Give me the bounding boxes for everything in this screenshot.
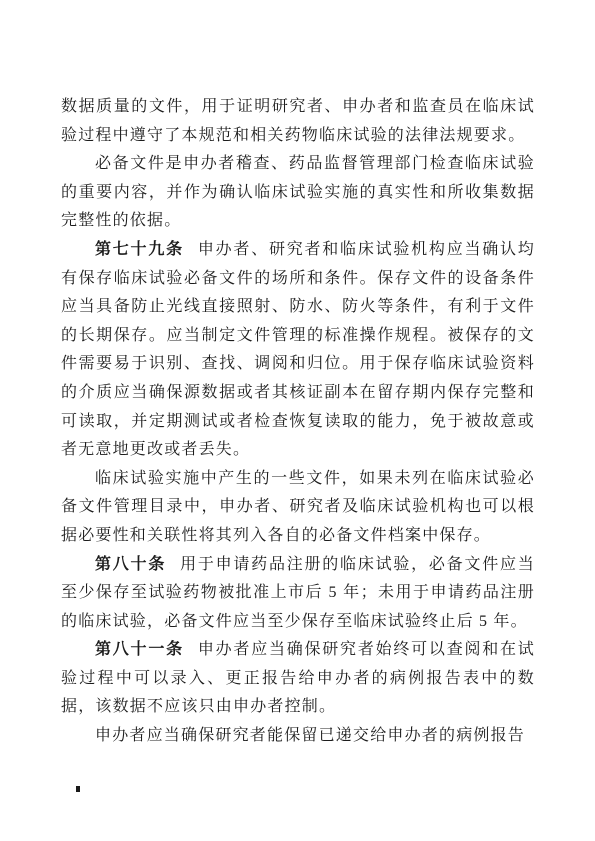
article-paragraph: 第七十九条申办者、研究者和临床试验机构应当确认均有保存临床试验必备文件的场所和条… bbox=[61, 236, 535, 465]
article-paragraph: 第八十条用于申请药品注册的临床试验，必备文件应当至少保存至试验药物被批准上市后 … bbox=[61, 551, 535, 637]
document-page: 数据质量的文件，用于证明研究者、申办者和监查员在临床试验过程中遵守了本规范和相关… bbox=[0, 0, 595, 841]
paragraph-text: 申办者应当确保研究者能保留已递交给申办者的病例报告 bbox=[95, 727, 525, 744]
paragraph-text: 必备文件是申办者稽查、药品监督管理部门检查临床试验的重要内容，并作为确认临床试验… bbox=[61, 155, 535, 229]
paragraph: 申办者应当确保研究者能保留已递交给申办者的病例报告 bbox=[61, 722, 535, 751]
paragraph: 数据质量的文件，用于证明研究者、申办者和监查员在临床试验过程中遵守了本规范和相关… bbox=[61, 93, 535, 150]
paragraph-text: 申办者、研究者和临床试验机构应当确认均有保存临床试验必备文件的场所和条件。保存文… bbox=[61, 241, 535, 458]
article-paragraph: 第八十一条申办者应当确保研究者始终可以查阅和在试验过程中可以录入、更正报告给申办… bbox=[61, 636, 535, 722]
paragraph: 必备文件是申办者稽查、药品监督管理部门检查临床试验的重要内容，并作为确认临床试验… bbox=[61, 150, 535, 236]
paragraph: 临床试验实施中产生的一些文件，如果未列在临床试验必备文件管理目录中，申办者、研究… bbox=[61, 465, 535, 551]
scan-artifact-dot bbox=[76, 786, 80, 792]
paragraph-text: 临床试验实施中产生的一些文件，如果未列在临床试验必备文件管理目录中，申办者、研究… bbox=[61, 470, 535, 544]
document-body: 数据质量的文件，用于证明研究者、申办者和监查员在临床试验过程中遵守了本规范和相关… bbox=[61, 93, 535, 751]
article-number: 第七十九条 bbox=[95, 241, 184, 258]
paragraph-text: 数据质量的文件，用于证明研究者、申办者和监查员在临床试验过程中遵守了本规范和相关… bbox=[61, 98, 535, 144]
article-number: 第八十一条 bbox=[95, 641, 184, 658]
article-number: 第八十条 bbox=[95, 556, 166, 573]
